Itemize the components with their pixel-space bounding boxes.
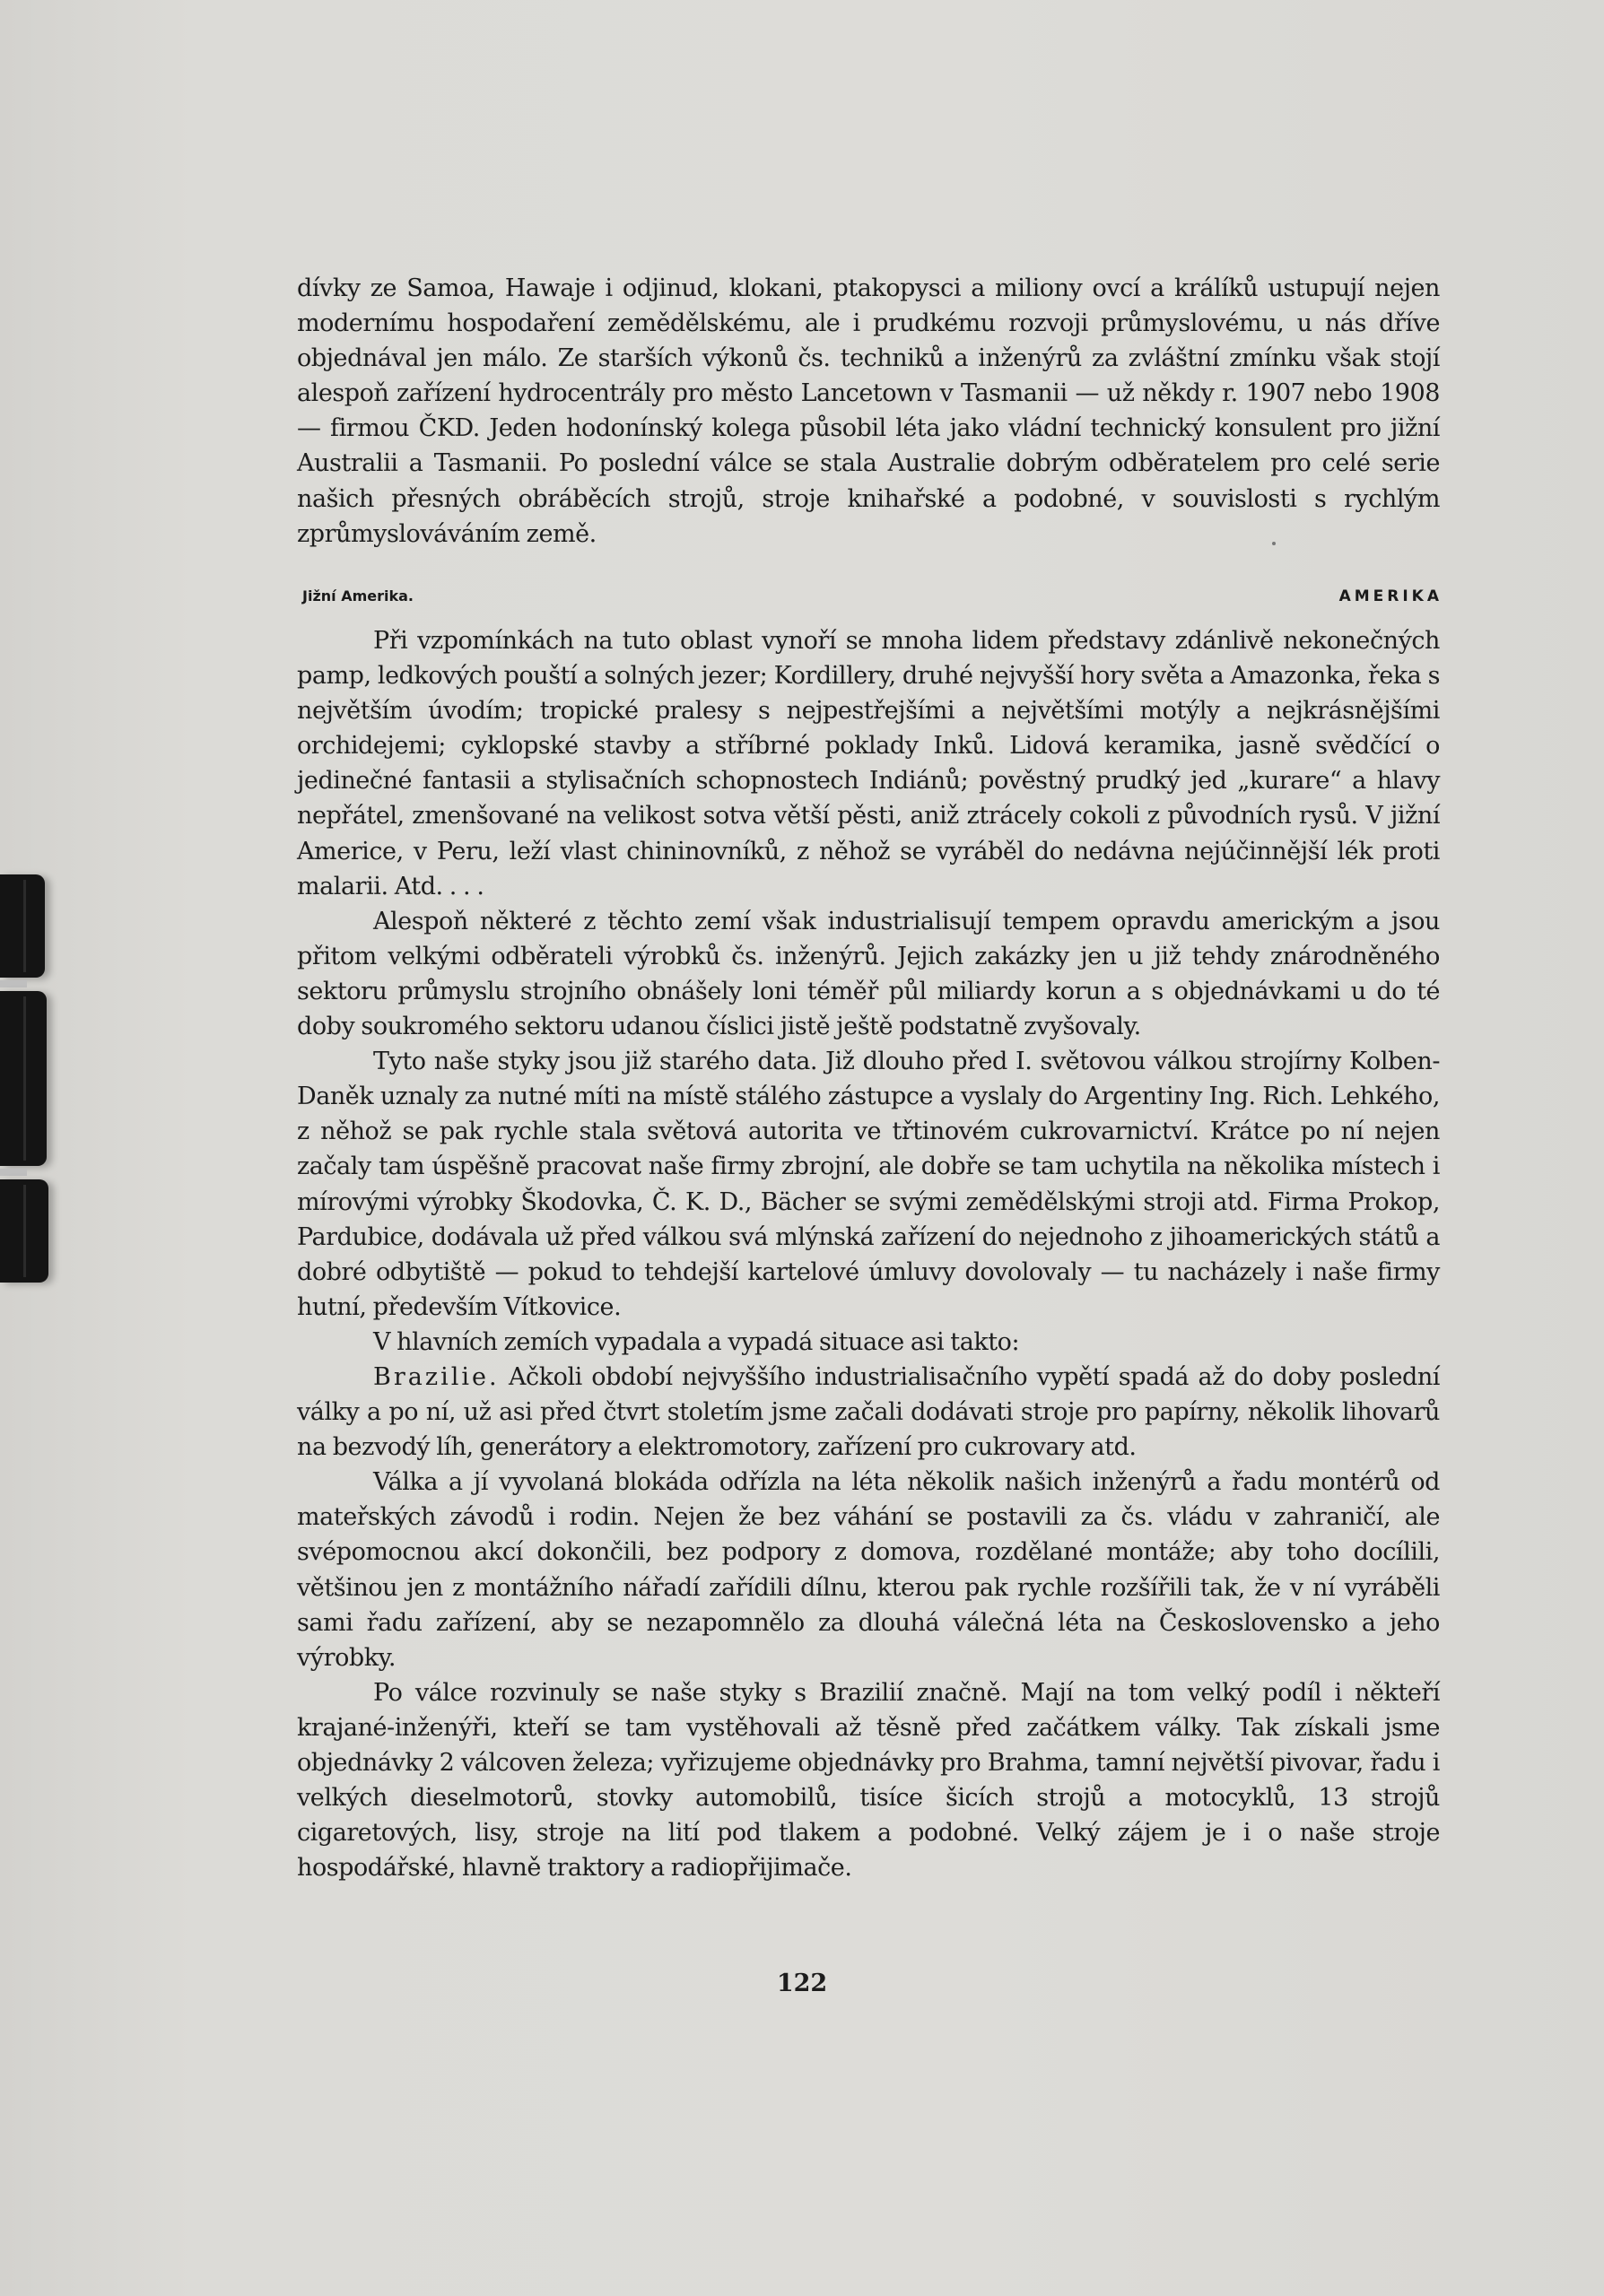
page-number: 122 <box>0 1970 1604 1997</box>
paragraph-postwar: Po válce rozvinuly se naše styky s Brazi… <box>297 1675 1440 1886</box>
binder-clips <box>0 874 54 1283</box>
paragraph-industrialisation: Alespoň některé z těchto zemí však indus… <box>297 904 1440 1044</box>
continued-paragraph-australia: dívky ze Samoa, Hawaje i odjinud, klokan… <box>297 271 1440 552</box>
margin-heading-south-america: Jižní Amerika. <box>302 587 414 604</box>
paragraph-history: Tyto naše styky jsou již starého data. J… <box>297 1044 1440 1325</box>
paragraph-brazil: Brazilie. Ačkoli období nejvyššího indus… <box>297 1360 1440 1465</box>
section-body-south-america: Při vzpomínkách na tuto oblast vynoří se… <box>297 623 1440 1885</box>
binder-clip-middle <box>0 991 47 1166</box>
paragraph-intro: Při vzpomínkách na tuto oblast vynoří se… <box>297 623 1440 904</box>
running-heading-section: AMERIKA <box>1339 587 1443 605</box>
paragraph: dívky ze Samoa, Hawaje i odjinud, klokan… <box>297 271 1440 552</box>
paper-speck <box>1272 542 1276 545</box>
binder-clip-top <box>0 874 45 978</box>
binder-clip-bottom <box>0 1179 48 1283</box>
paragraph-war: Válka a jí vyvolaná blokáda odřízla na l… <box>297 1465 1440 1675</box>
paragraph-overview: V hlavních zemích vypadala a vypadá situ… <box>297 1325 1440 1360</box>
country-name-brazil: Brazilie. <box>373 1363 500 1391</box>
